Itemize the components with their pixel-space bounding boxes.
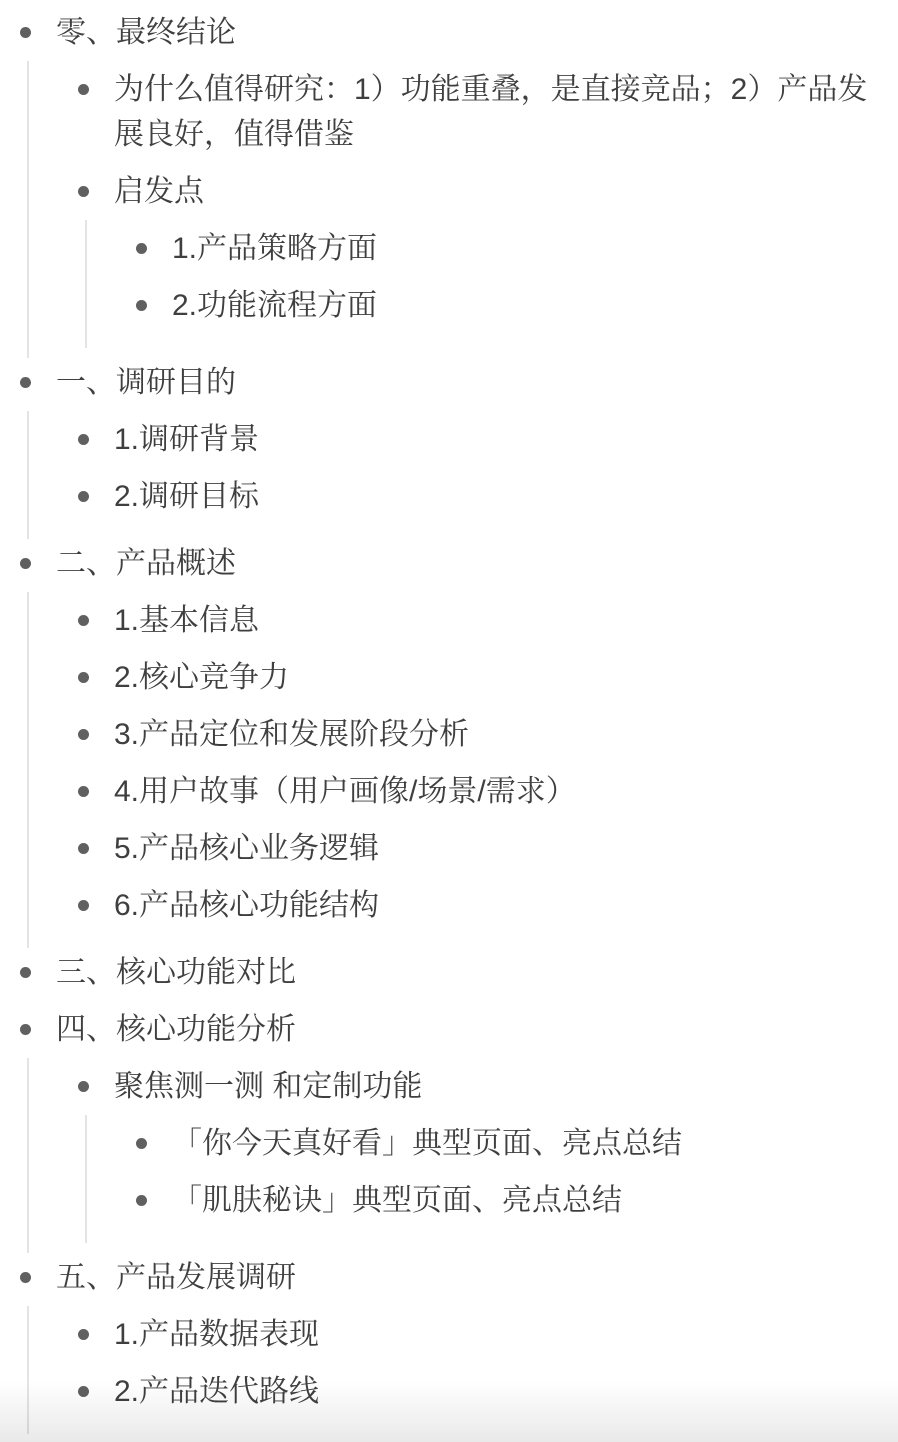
outline-item: 零、最终结论为什么值得研究：1）功能重叠，是直接竞品；2）产品发展良好，值得借鉴… — [56, 10, 894, 360]
outline-child-list: 1.调研背景2.调研目标 — [114, 417, 894, 541]
outline-item-text[interactable]: 6.产品核心功能结构 — [114, 883, 894, 928]
outline-row[interactable]: 五、产品发展调研 — [56, 1255, 894, 1312]
outline-item: 「肌肤秘诀」典型页面、亮点总结 — [172, 1178, 894, 1235]
bullet-icon[interactable] — [20, 1024, 31, 1035]
outline-item-text[interactable]: 为什么值得研究：1）功能重叠，是直接竞品；2）产品发展良好，值得借鉴 — [114, 67, 894, 157]
outline-item: 1.产品数据表现 — [114, 1312, 894, 1369]
outline-item-text[interactable]: 「肌肤秘诀」典型页面、亮点总结 — [172, 1178, 894, 1223]
bullet-icon[interactable] — [78, 900, 89, 911]
outline-item-text[interactable]: 1.调研背景 — [114, 417, 894, 462]
outline-row[interactable]: 「肌肤秘诀」典型页面、亮点总结 — [172, 1178, 894, 1235]
bullet-icon[interactable] — [20, 27, 31, 38]
outline-item-text[interactable]: 2.功能流程方面 — [172, 283, 894, 328]
outline-item-text[interactable]: 5.产品核心业务逻辑 — [114, 826, 894, 871]
outline-row[interactable]: 2.调研目标 — [114, 474, 894, 531]
outline-row[interactable]: 6.产品核心功能结构 — [114, 883, 894, 940]
outline-row[interactable]: 聚焦测一测 和定制功能 — [114, 1064, 894, 1121]
bullet-icon[interactable] — [136, 1195, 147, 1206]
bullet-icon[interactable] — [136, 1138, 147, 1149]
bullet-icon[interactable] — [78, 672, 89, 683]
outline-row[interactable]: 3.产品定位和发展阶段分析 — [114, 712, 894, 769]
outline-item-text[interactable]: 启发点 — [114, 169, 894, 214]
outline-row[interactable]: 2.产品迭代路线 — [114, 1369, 894, 1426]
outline-row[interactable]: 2.功能流程方面 — [172, 283, 894, 340]
outline-row[interactable]: 4.用户故事（用户画像/场景/需求） — [114, 769, 894, 826]
outline-row[interactable]: 1.基本信息 — [114, 598, 894, 655]
outline-item-text[interactable]: 2.核心竞争力 — [114, 655, 894, 700]
outline-item: 「你今天真好看」典型页面、亮点总结 — [172, 1121, 894, 1178]
outline-item-text[interactable]: 1.基本信息 — [114, 598, 894, 643]
outline-row[interactable]: 零、最终结论 — [56, 10, 894, 67]
outline-item-text[interactable]: 五、产品发展调研 — [56, 1255, 894, 1300]
outline-row[interactable]: 四、核心功能分析 — [56, 1007, 894, 1064]
outline-item-text[interactable]: 四、核心功能分析 — [56, 1007, 894, 1052]
outline-child-list: 聚焦测一测 和定制功能「你今天真好看」典型页面、亮点总结「肌肤秘诀」典型页面、亮… — [114, 1064, 894, 1255]
outline-row[interactable]: 二、产品概述 — [56, 541, 894, 598]
bullet-icon[interactable] — [20, 1272, 31, 1283]
bullet-icon[interactable] — [78, 84, 89, 95]
outline-item-text[interactable]: 二、产品概述 — [56, 541, 894, 586]
outline-item: 2.产品迭代路线 — [114, 1369, 894, 1426]
outline-item: 三、核心功能对比 — [56, 950, 894, 1007]
outline-item: 6.产品核心功能结构 — [114, 883, 894, 940]
bullet-icon[interactable] — [20, 967, 31, 978]
outline-row[interactable]: 「你今天真好看」典型页面、亮点总结 — [172, 1121, 894, 1178]
bullet-icon[interactable] — [78, 434, 89, 445]
bullet-icon[interactable] — [78, 1386, 89, 1397]
outline-item: 1.产品策略方面 — [172, 226, 894, 283]
outline-row[interactable]: 1.产品数据表现 — [114, 1312, 894, 1369]
outline-row[interactable]: 一、调研目的 — [56, 360, 894, 417]
outline-document: 零、最终结论为什么值得研究：1）功能重叠，是直接竞品；2）产品发展良好，值得借鉴… — [0, 0, 898, 1436]
bullet-icon[interactable] — [78, 1329, 89, 1340]
outline-item: 启发点1.产品策略方面2.功能流程方面 — [114, 169, 894, 350]
outline-item: 二、产品概述1.基本信息2.核心竞争力3.产品定位和发展阶段分析4.用户故事（用… — [56, 541, 894, 950]
bullet-icon[interactable] — [78, 615, 89, 626]
outline-item-text[interactable]: 1.产品策略方面 — [172, 226, 894, 271]
outline-child-list: 为什么值得研究：1）功能重叠，是直接竞品；2）产品发展良好，值得借鉴启发点1.产… — [114, 67, 894, 360]
outline-child-list: 1.产品策略方面2.功能流程方面 — [172, 226, 894, 350]
outline-item-text[interactable]: 一、调研目的 — [56, 360, 894, 405]
outline-item-text[interactable]: 2.产品迭代路线 — [114, 1369, 894, 1414]
outline-item: 2.调研目标 — [114, 474, 894, 531]
outline-item-text[interactable]: 1.产品数据表现 — [114, 1312, 894, 1357]
outline-item: 5.产品核心业务逻辑 — [114, 826, 894, 883]
outline-item: 为什么值得研究：1）功能重叠，是直接竞品；2）产品发展良好，值得借鉴 — [114, 67, 894, 169]
outline-row[interactable]: 三、核心功能对比 — [56, 950, 894, 1007]
outline-item: 4.用户故事（用户画像/场景/需求） — [114, 769, 894, 826]
outline-child-list: 1.产品数据表现2.产品迭代路线 — [114, 1312, 894, 1436]
bullet-icon[interactable] — [78, 843, 89, 854]
outline-item: 聚焦测一测 和定制功能「你今天真好看」典型页面、亮点总结「肌肤秘诀」典型页面、亮… — [114, 1064, 894, 1245]
bullet-icon[interactable] — [78, 786, 89, 797]
outline-item: 2.功能流程方面 — [172, 283, 894, 340]
outline-row[interactable]: 1.调研背景 — [114, 417, 894, 474]
outline-item: 四、核心功能分析聚焦测一测 和定制功能「你今天真好看」典型页面、亮点总结「肌肤秘… — [56, 1007, 894, 1255]
outline-item-text[interactable]: 「你今天真好看」典型页面、亮点总结 — [172, 1121, 894, 1166]
bullet-icon[interactable] — [78, 186, 89, 197]
outline-row[interactable]: 2.核心竞争力 — [114, 655, 894, 712]
outline-item-text[interactable]: 三、核心功能对比 — [56, 950, 894, 995]
outline-row[interactable]: 启发点 — [114, 169, 894, 226]
bullet-icon[interactable] — [78, 1081, 89, 1092]
outline-item: 2.核心竞争力 — [114, 655, 894, 712]
outline-item: 五、产品发展调研1.产品数据表现2.产品迭代路线 — [56, 1255, 894, 1436]
outline-item: 1.调研背景 — [114, 417, 894, 474]
bullet-icon[interactable] — [78, 491, 89, 502]
outline-item: 3.产品定位和发展阶段分析 — [114, 712, 894, 769]
bullet-icon[interactable] — [20, 558, 31, 569]
bullet-icon[interactable] — [20, 377, 31, 388]
outline-child-list: 「你今天真好看」典型页面、亮点总结「肌肤秘诀」典型页面、亮点总结 — [172, 1121, 894, 1245]
outline-item-text[interactable]: 3.产品定位和发展阶段分析 — [114, 712, 894, 757]
outline-item: 一、调研目的1.调研背景2.调研目标 — [56, 360, 894, 541]
outline-item: 1.基本信息 — [114, 598, 894, 655]
outline-row[interactable]: 1.产品策略方面 — [172, 226, 894, 283]
outline-row[interactable]: 5.产品核心业务逻辑 — [114, 826, 894, 883]
outline-item-text[interactable]: 聚焦测一测 和定制功能 — [114, 1064, 894, 1109]
bullet-icon[interactable] — [78, 729, 89, 740]
outline-item-text[interactable]: 2.调研目标 — [114, 474, 894, 519]
outline-row[interactable]: 为什么值得研究：1）功能重叠，是直接竞品；2）产品发展良好，值得借鉴 — [114, 67, 894, 169]
bullet-icon[interactable] — [136, 243, 147, 254]
outline-item-text[interactable]: 4.用户故事（用户画像/场景/需求） — [114, 769, 894, 814]
outline-root-list: 零、最终结论为什么值得研究：1）功能重叠，是直接竞品；2）产品发展良好，值得借鉴… — [56, 10, 894, 1436]
bullet-icon[interactable] — [136, 300, 147, 311]
outline-item-text[interactable]: 零、最终结论 — [56, 10, 894, 55]
outline-child-list: 1.基本信息2.核心竞争力3.产品定位和发展阶段分析4.用户故事（用户画像/场景… — [114, 598, 894, 950]
